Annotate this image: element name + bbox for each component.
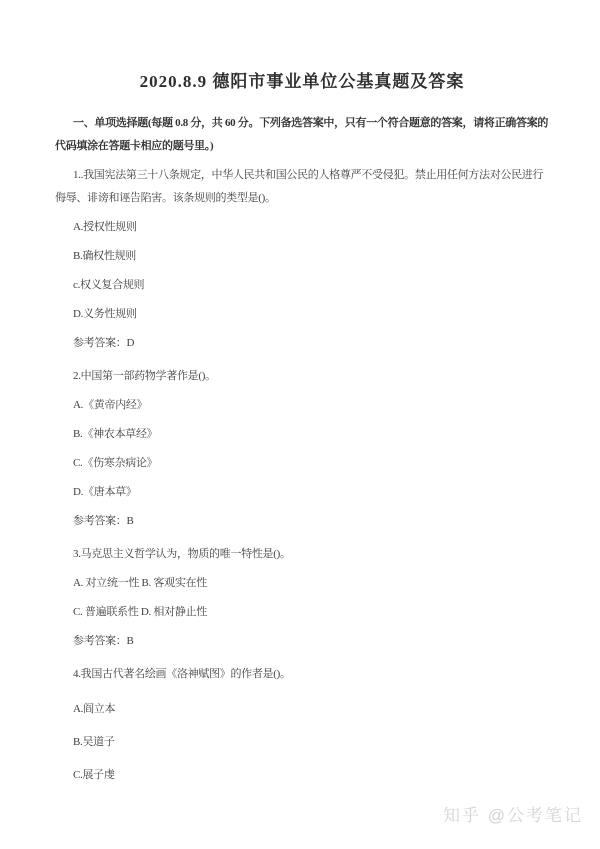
question-2-answer: 参考答案：B — [55, 510, 549, 533]
question-3-options-cd: C. 普遍联系性 D. 相对静止性 — [55, 601, 549, 624]
zhihu-watermark: 知乎 @公考笔记 — [443, 801, 583, 826]
document-title: 2020.8.9 德阳市事业单位公基真题及答案 — [55, 70, 549, 94]
section-instruction: 一、单项选择题(每题 0.8 分，共 60 分。下列备选答案中，只有一个符合题意… — [55, 112, 549, 158]
question-3-text: 3.马克思主义哲学认为，物质的唯一特性是()。 — [55, 543, 549, 566]
exam-document-page: 2020.8.9 德阳市事业单位公基真题及答案 一、单项选择题(每题 0.8 分… — [0, 0, 600, 849]
question-4-option-c: C.展子虔 — [55, 764, 549, 787]
question-3-answer: 参考答案：B — [55, 630, 549, 653]
question-3-options-ab: A. 对立统一性 B. 客观实在性 — [55, 572, 549, 595]
question-1-option-c: c.权义复合规则 — [55, 274, 549, 297]
question-1-option-d: D.义务性规则 — [55, 303, 549, 326]
question-4-option-b: B.吴道子 — [55, 731, 549, 754]
question-1-text: 1..我国宪法第三十八条规定，中华人民共和国公民的人格尊严不受侵犯。禁止用任何方… — [55, 164, 549, 210]
question-2-option-d: D.《唐本草》 — [55, 481, 549, 504]
question-4-option-a: A.阎立本 — [55, 698, 549, 721]
question-1-option-a: A.授权性规则 — [55, 216, 549, 239]
question-1-option-b: B.确权性规则 — [55, 245, 549, 268]
question-4-text: 4.我国古代著名绘画《洛神赋图》的作者是()。 — [55, 663, 549, 686]
question-2-option-c: C.《伤寒杂病论》 — [55, 452, 549, 475]
document-content: 2020.8.9 德阳市事业单位公基真题及答案 一、单项选择题(每题 0.8 分… — [0, 0, 600, 787]
question-2-text: 2.中国第一部药物学著作是()。 — [55, 365, 549, 388]
question-2-option-a: A.《黄帝内经》 — [55, 394, 549, 417]
question-2-option-b: B.《神农本草经》 — [55, 423, 549, 446]
question-1-answer: 参考答案：D — [55, 332, 549, 355]
